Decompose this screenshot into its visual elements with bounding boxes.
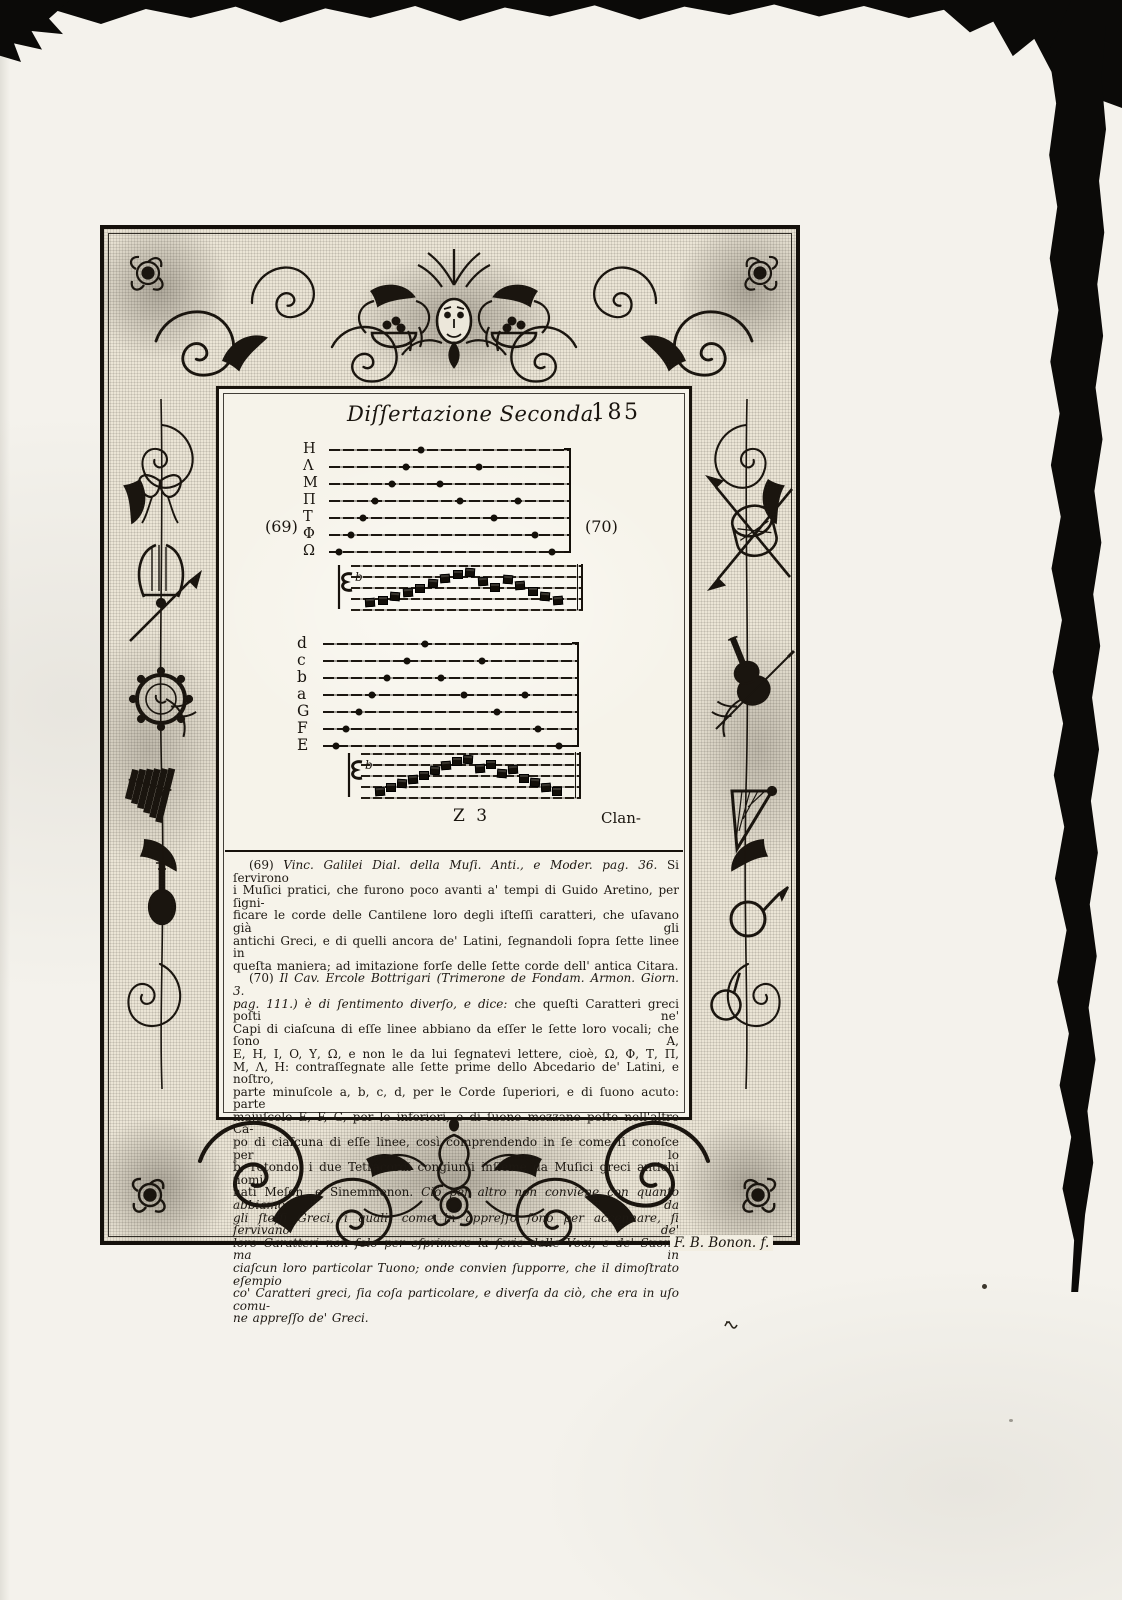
note-dot bbox=[422, 640, 429, 647]
diagram-line bbox=[323, 669, 579, 686]
ink-blot bbox=[724, 1318, 738, 1330]
ink-speck bbox=[982, 1284, 987, 1289]
text-page: Diſſertazione Seconda. 185 (69) (70) ΗΛΜ… bbox=[216, 386, 692, 1120]
line-label: a bbox=[297, 686, 323, 703]
diagram-row: d bbox=[297, 635, 579, 652]
line-label: Μ bbox=[303, 475, 329, 492]
page-number: 185 bbox=[591, 400, 641, 425]
harp-icon bbox=[732, 787, 776, 849]
footnote-line: ciaſcun loro particolar Tuono; onde conv… bbox=[233, 1262, 679, 1287]
footnote-line: (70) Il Cav. Ercole Bottrigari (Trimeron… bbox=[233, 972, 679, 997]
flat-sign: b bbox=[365, 758, 373, 772]
footnote-line: co' Caratteri greci, ſia coſa particolar… bbox=[233, 1287, 679, 1312]
c-clef-icon bbox=[345, 750, 365, 800]
line-label: G bbox=[297, 703, 323, 720]
diagram-line bbox=[323, 703, 579, 720]
note-dot bbox=[494, 708, 501, 715]
line-label: Ω bbox=[303, 543, 329, 560]
scanned-book-page: Diſſertazione Seconda. 185 (69) (70) ΗΛΜ… bbox=[0, 0, 1122, 1600]
square-note bbox=[390, 592, 401, 602]
square-note bbox=[365, 598, 376, 608]
line-label: Η bbox=[303, 441, 329, 458]
diagram-row: Η bbox=[303, 441, 571, 458]
diagram-row: F bbox=[297, 720, 579, 737]
footnote-line: ne appreſſo de' Greci. bbox=[233, 1312, 679, 1325]
square-note bbox=[419, 771, 429, 780]
note-dot bbox=[388, 480, 395, 487]
engraver-signature: F. B. Bonon. f. bbox=[670, 1235, 773, 1251]
note-dot bbox=[368, 691, 375, 698]
square-note bbox=[402, 588, 413, 598]
line-label: Π bbox=[303, 492, 329, 509]
line-label: c bbox=[297, 652, 323, 669]
diagram-line bbox=[329, 492, 571, 509]
engraved-plate: Diſſertazione Seconda. 185 (69) (70) ΗΛΜ… bbox=[100, 225, 800, 1245]
square-note bbox=[486, 760, 496, 769]
square-note bbox=[463, 755, 474, 765]
diagram-row: Τ bbox=[303, 509, 571, 526]
torn-edge-right bbox=[1048, 0, 1106, 1292]
hunting-horn-icon bbox=[731, 887, 788, 936]
square-note bbox=[415, 584, 425, 593]
note-dot bbox=[460, 691, 467, 698]
greek-letter-line-diagram: ΗΛΜΠΤΦΩ bbox=[303, 441, 571, 560]
note-dot bbox=[371, 497, 378, 504]
square-note bbox=[519, 774, 529, 783]
square-note bbox=[515, 581, 526, 591]
note-dot bbox=[535, 725, 542, 732]
note-dot bbox=[490, 514, 497, 521]
footnote-line: antichi Greci, e di quelli ancora de' La… bbox=[233, 935, 679, 960]
footnote-line: i Muſici pratici, che furono poco avanti… bbox=[233, 884, 679, 909]
footnote-line: po di ciaſcuna di eſſe linee, così compr… bbox=[233, 1136, 679, 1161]
latin-letter-line-diagram: dcbaGFE bbox=[297, 635, 579, 754]
note-dot bbox=[343, 725, 350, 732]
diagram-line bbox=[329, 458, 571, 475]
note-dot bbox=[359, 514, 366, 521]
square-note bbox=[452, 757, 462, 766]
line-label: Λ bbox=[303, 458, 329, 475]
square-note bbox=[530, 778, 541, 788]
note-dot bbox=[332, 742, 339, 749]
panpipes-icon bbox=[121, 760, 177, 822]
mask-icon bbox=[418, 249, 490, 367]
gathering-signature: Z 3 bbox=[453, 806, 490, 826]
footnotes-block: (69) Vinc. Galilei Dial. della Muſi. Ant… bbox=[233, 859, 679, 1325]
diagram-row: Π bbox=[303, 492, 571, 509]
note-dot bbox=[456, 497, 463, 504]
figure-label-70: (70) bbox=[585, 517, 618, 536]
square-note bbox=[386, 783, 396, 792]
note-dot bbox=[548, 548, 555, 555]
diagram-row: G bbox=[297, 703, 579, 720]
square-note bbox=[465, 568, 476, 578]
staff-line bbox=[361, 775, 581, 777]
note-dot bbox=[437, 480, 444, 487]
staff-line bbox=[361, 797, 581, 799]
square-note bbox=[474, 764, 485, 774]
note-dot bbox=[522, 691, 529, 698]
footnote-line: parte minuſcole a, b, c, d, per le Corde… bbox=[233, 1086, 679, 1111]
footnote-line: Capi di ciaſcuna di eſſe linee abbiano d… bbox=[233, 1023, 679, 1048]
line-label: Τ bbox=[303, 509, 329, 526]
staff-line bbox=[351, 609, 583, 611]
note-dot bbox=[355, 708, 362, 715]
square-note bbox=[430, 766, 441, 776]
staff-end-barline bbox=[579, 752, 581, 798]
diagram-row: Λ bbox=[303, 458, 571, 475]
square-note bbox=[441, 760, 452, 770]
note-dot bbox=[403, 463, 410, 470]
diagram-row: c bbox=[297, 652, 579, 669]
ink-speck bbox=[1009, 1419, 1013, 1422]
page-title: Diſſertazione Seconda. bbox=[347, 402, 601, 426]
square-note bbox=[453, 570, 463, 579]
diagram-line bbox=[323, 652, 579, 669]
note-dot bbox=[476, 463, 483, 470]
square-note bbox=[541, 782, 552, 792]
footnote-line: majuſcole E, F, G, per le inferiori, e d… bbox=[233, 1111, 679, 1136]
footnote-line: ficare le corde delle Cantilene loro deg… bbox=[233, 909, 679, 934]
note-dot bbox=[404, 657, 411, 664]
torn-edge-top-left bbox=[0, 0, 70, 62]
square-note bbox=[552, 787, 562, 796]
staff-end-barline bbox=[581, 564, 583, 610]
diagram-row: Φ bbox=[303, 526, 571, 543]
diagram-line bbox=[329, 441, 571, 458]
note-dot bbox=[384, 674, 391, 681]
diagram-line bbox=[323, 686, 579, 703]
line-label: E bbox=[297, 737, 323, 754]
square-note bbox=[552, 595, 563, 605]
diagram-row: Ω bbox=[303, 543, 571, 560]
figure-label-69: (69) bbox=[265, 517, 298, 536]
diagram-row: a bbox=[297, 686, 579, 703]
square-note bbox=[496, 769, 507, 779]
staff-line bbox=[351, 587, 583, 589]
diagram-line bbox=[329, 526, 571, 543]
footnote-line: gli ſteſſi Greci, i quali, come in appre… bbox=[233, 1212, 679, 1237]
square-note bbox=[375, 787, 386, 797]
footnote-line: nati Meſon, e Sinemmenon. Ciò per altro … bbox=[233, 1186, 679, 1211]
diagram-line bbox=[329, 475, 571, 492]
bow-icon bbox=[716, 651, 794, 729]
footnote-line: pag. 111.) è di ſentimento diverſo, e di… bbox=[233, 998, 679, 1023]
square-note bbox=[397, 779, 408, 789]
square-note bbox=[502, 574, 513, 584]
staff-line bbox=[351, 565, 583, 567]
diagram-line bbox=[329, 543, 571, 560]
square-note bbox=[440, 573, 451, 583]
square-note bbox=[477, 577, 488, 587]
catchword: Clan- bbox=[601, 809, 641, 827]
plainchant-staff-2: b bbox=[345, 749, 581, 803]
square-note bbox=[490, 583, 500, 592]
flat-sign: b bbox=[355, 570, 363, 584]
square-note bbox=[378, 596, 388, 605]
footnote-line: b, rotondo, i due Tetracordi congiunti i… bbox=[233, 1161, 679, 1186]
note-dot bbox=[478, 657, 485, 664]
hunting-horn-icon-2 bbox=[703, 973, 757, 1025]
note-dot bbox=[514, 497, 521, 504]
ribbon-bow-icon bbox=[139, 475, 181, 523]
square-note bbox=[507, 765, 518, 775]
footnote-line: (69) Vinc. Galilei Dial. della Muſi. Ant… bbox=[233, 859, 679, 884]
c-clef-icon bbox=[335, 562, 355, 612]
line-label: b bbox=[297, 669, 323, 686]
right-bracket bbox=[569, 449, 571, 552]
square-note bbox=[408, 775, 419, 785]
note-dot bbox=[347, 531, 354, 538]
footnote-separator-rule bbox=[225, 850, 683, 852]
note-dot bbox=[531, 531, 538, 538]
small-lyre-icon bbox=[149, 863, 175, 924]
note-dot bbox=[335, 548, 342, 555]
note-dot bbox=[417, 446, 424, 453]
plainchant-staff-1: b bbox=[335, 561, 583, 615]
footnote-line: loro Caratteri non ſolo per eſprimere la… bbox=[233, 1237, 679, 1262]
diagram-row: Μ bbox=[303, 475, 571, 492]
footnote-line: M, Λ, H: contraſſegnate alle ſette prime… bbox=[233, 1061, 679, 1086]
square-note bbox=[540, 592, 551, 602]
line-label: Φ bbox=[303, 526, 329, 543]
diagram-line bbox=[323, 635, 579, 652]
line-label: F bbox=[297, 720, 323, 737]
right-bracket bbox=[577, 643, 579, 746]
note-dot bbox=[437, 674, 444, 681]
diagram-line bbox=[329, 509, 571, 526]
square-note bbox=[528, 587, 538, 596]
diagram-line bbox=[323, 720, 579, 737]
line-label: d bbox=[297, 635, 323, 652]
square-note bbox=[427, 579, 438, 589]
diagram-row: b bbox=[297, 669, 579, 686]
